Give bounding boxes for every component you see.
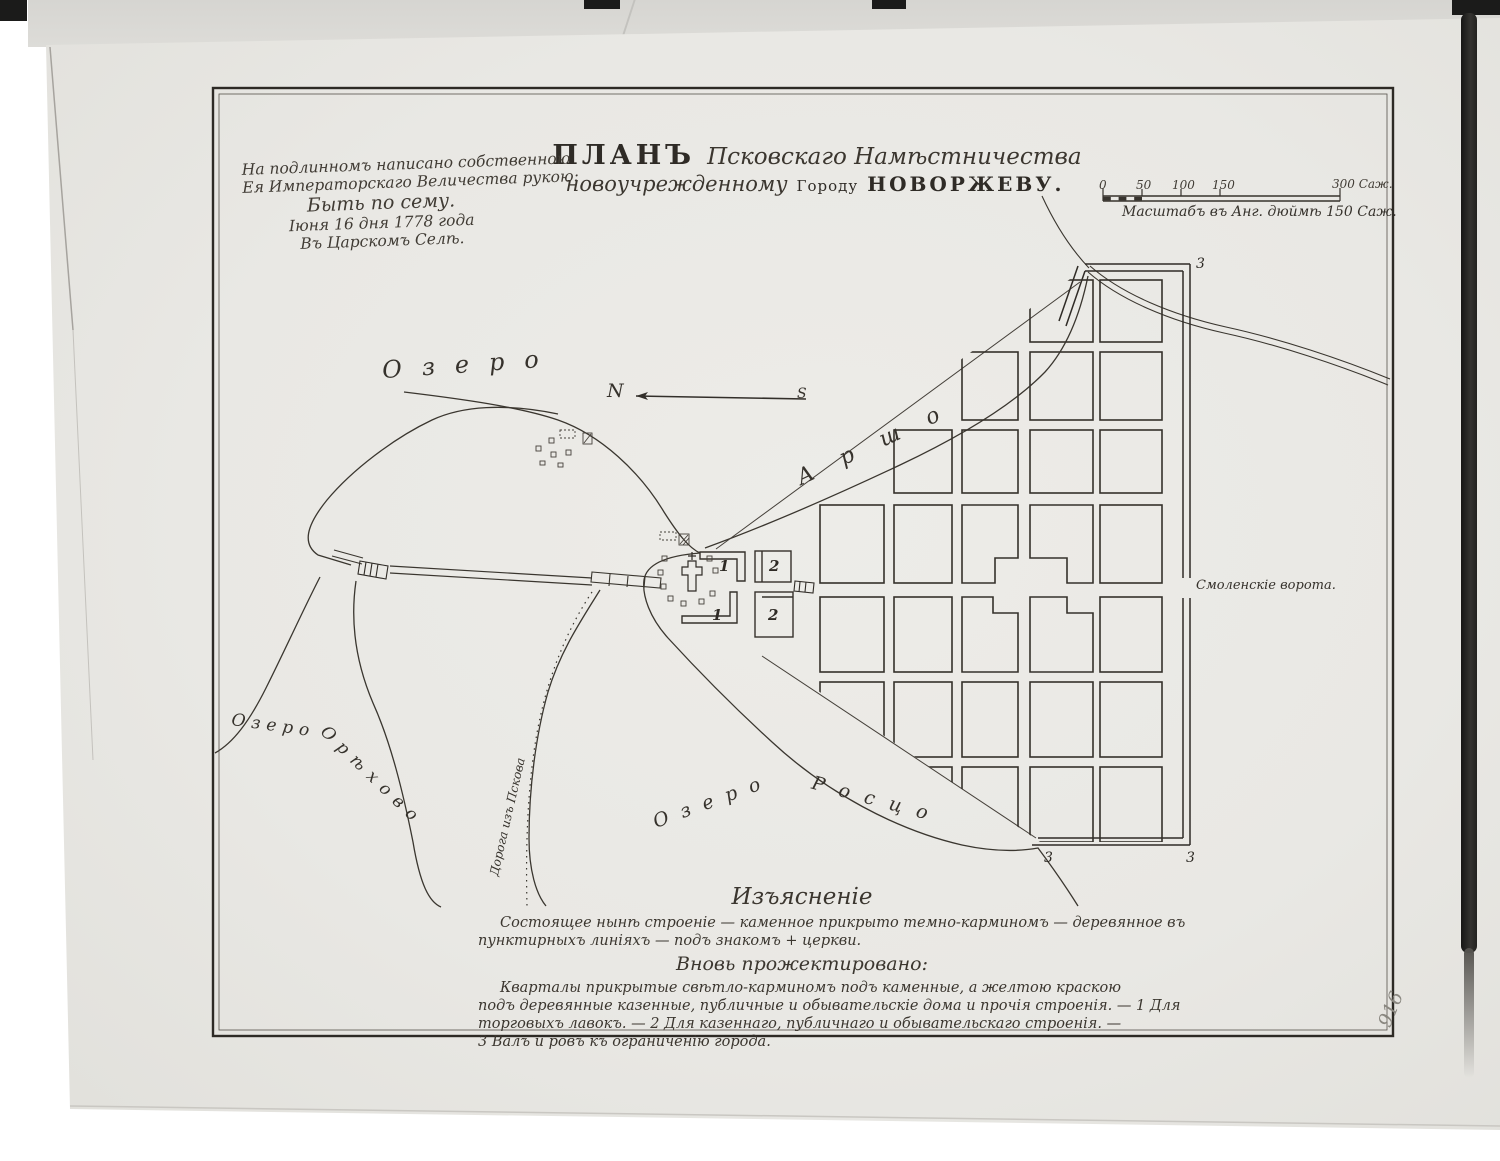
legend-block: Изъясненіе Состоящее нынѣ строеніе — кам… xyxy=(478,884,1126,1051)
scale-tick-150: 150 xyxy=(1212,178,1235,192)
compass-south-label: S xyxy=(797,386,807,402)
church-symbol xyxy=(682,552,702,591)
rampart xyxy=(1032,264,1190,845)
book-edge-shadow-fade xyxy=(1464,948,1474,1078)
compass-line xyxy=(636,389,812,409)
title-line2-script: новоучрежденному xyxy=(566,172,788,196)
legend-line: Состоящее нынѣ строеніе — каменное прикр… xyxy=(478,914,1126,932)
book-edge-shadow xyxy=(1461,13,1477,953)
town-blocks xyxy=(820,280,1162,842)
marker-2: 2 xyxy=(768,606,778,624)
title-line2-word: Городу xyxy=(797,177,859,195)
scale-tick-50: 50 xyxy=(1136,178,1151,192)
lakeside-village xyxy=(536,430,592,467)
scale-tick-100: 100 xyxy=(1172,178,1195,192)
road-northeast xyxy=(1088,266,1390,385)
shorelines xyxy=(215,196,1089,907)
scale-end-label: 300 Саж. xyxy=(1332,177,1393,191)
legend-subheading: Вновь прожектировано: xyxy=(478,953,1126,975)
legend-heading: Изъясненіе xyxy=(478,884,1126,910)
scale-caption: Масштабъ въ Анг. дюймѣ 150 Саж. xyxy=(1122,204,1342,220)
title-script: Псковскаго Намѣстничества xyxy=(707,144,1082,170)
legend-line: Кварталы прикрытые свѣтло-карминомъ подъ… xyxy=(478,979,1126,997)
map-title-line1: ПЛАНЪ Псковскаго Намѣстничества xyxy=(602,140,1032,171)
legend-line: 3 Валъ и ровъ къ ограниченію города. xyxy=(478,1033,1126,1051)
marker-3: 3 xyxy=(1186,850,1195,866)
scale-tick-0: 0 xyxy=(1099,178,1107,192)
marker-3: 3 xyxy=(1044,850,1053,866)
legend-line: пунктирныхъ линіяхъ — подъ знакомъ + цер… xyxy=(478,932,1126,950)
imperial-inscription: На подлинномъ написано собственною Ея Им… xyxy=(241,151,520,255)
marker-2: 2 xyxy=(769,557,779,575)
marker-1: 1 xyxy=(712,606,722,624)
compass-north-label: N xyxy=(607,380,624,402)
legend-line: торговыхъ лавокъ. — 2 Для казеннаго, пуб… xyxy=(478,1015,1126,1033)
marker-3: 3 xyxy=(1196,256,1205,272)
title-city: НОВОРЖЕВУ. xyxy=(867,172,1064,196)
scanned-book-page: ПЛАНЪ Псковскаго Намѣстничества новоучре… xyxy=(0,0,1500,1161)
map-title-line2: новоучрежденному Городу НОВОРЖЕВУ. xyxy=(600,172,1030,196)
legend-line: подъ деревянные казенные, публичные и об… xyxy=(478,997,1126,1015)
label-smolensk-gate: Смоленскіе ворота. xyxy=(1196,578,1336,593)
marker-1: 1 xyxy=(719,557,729,575)
